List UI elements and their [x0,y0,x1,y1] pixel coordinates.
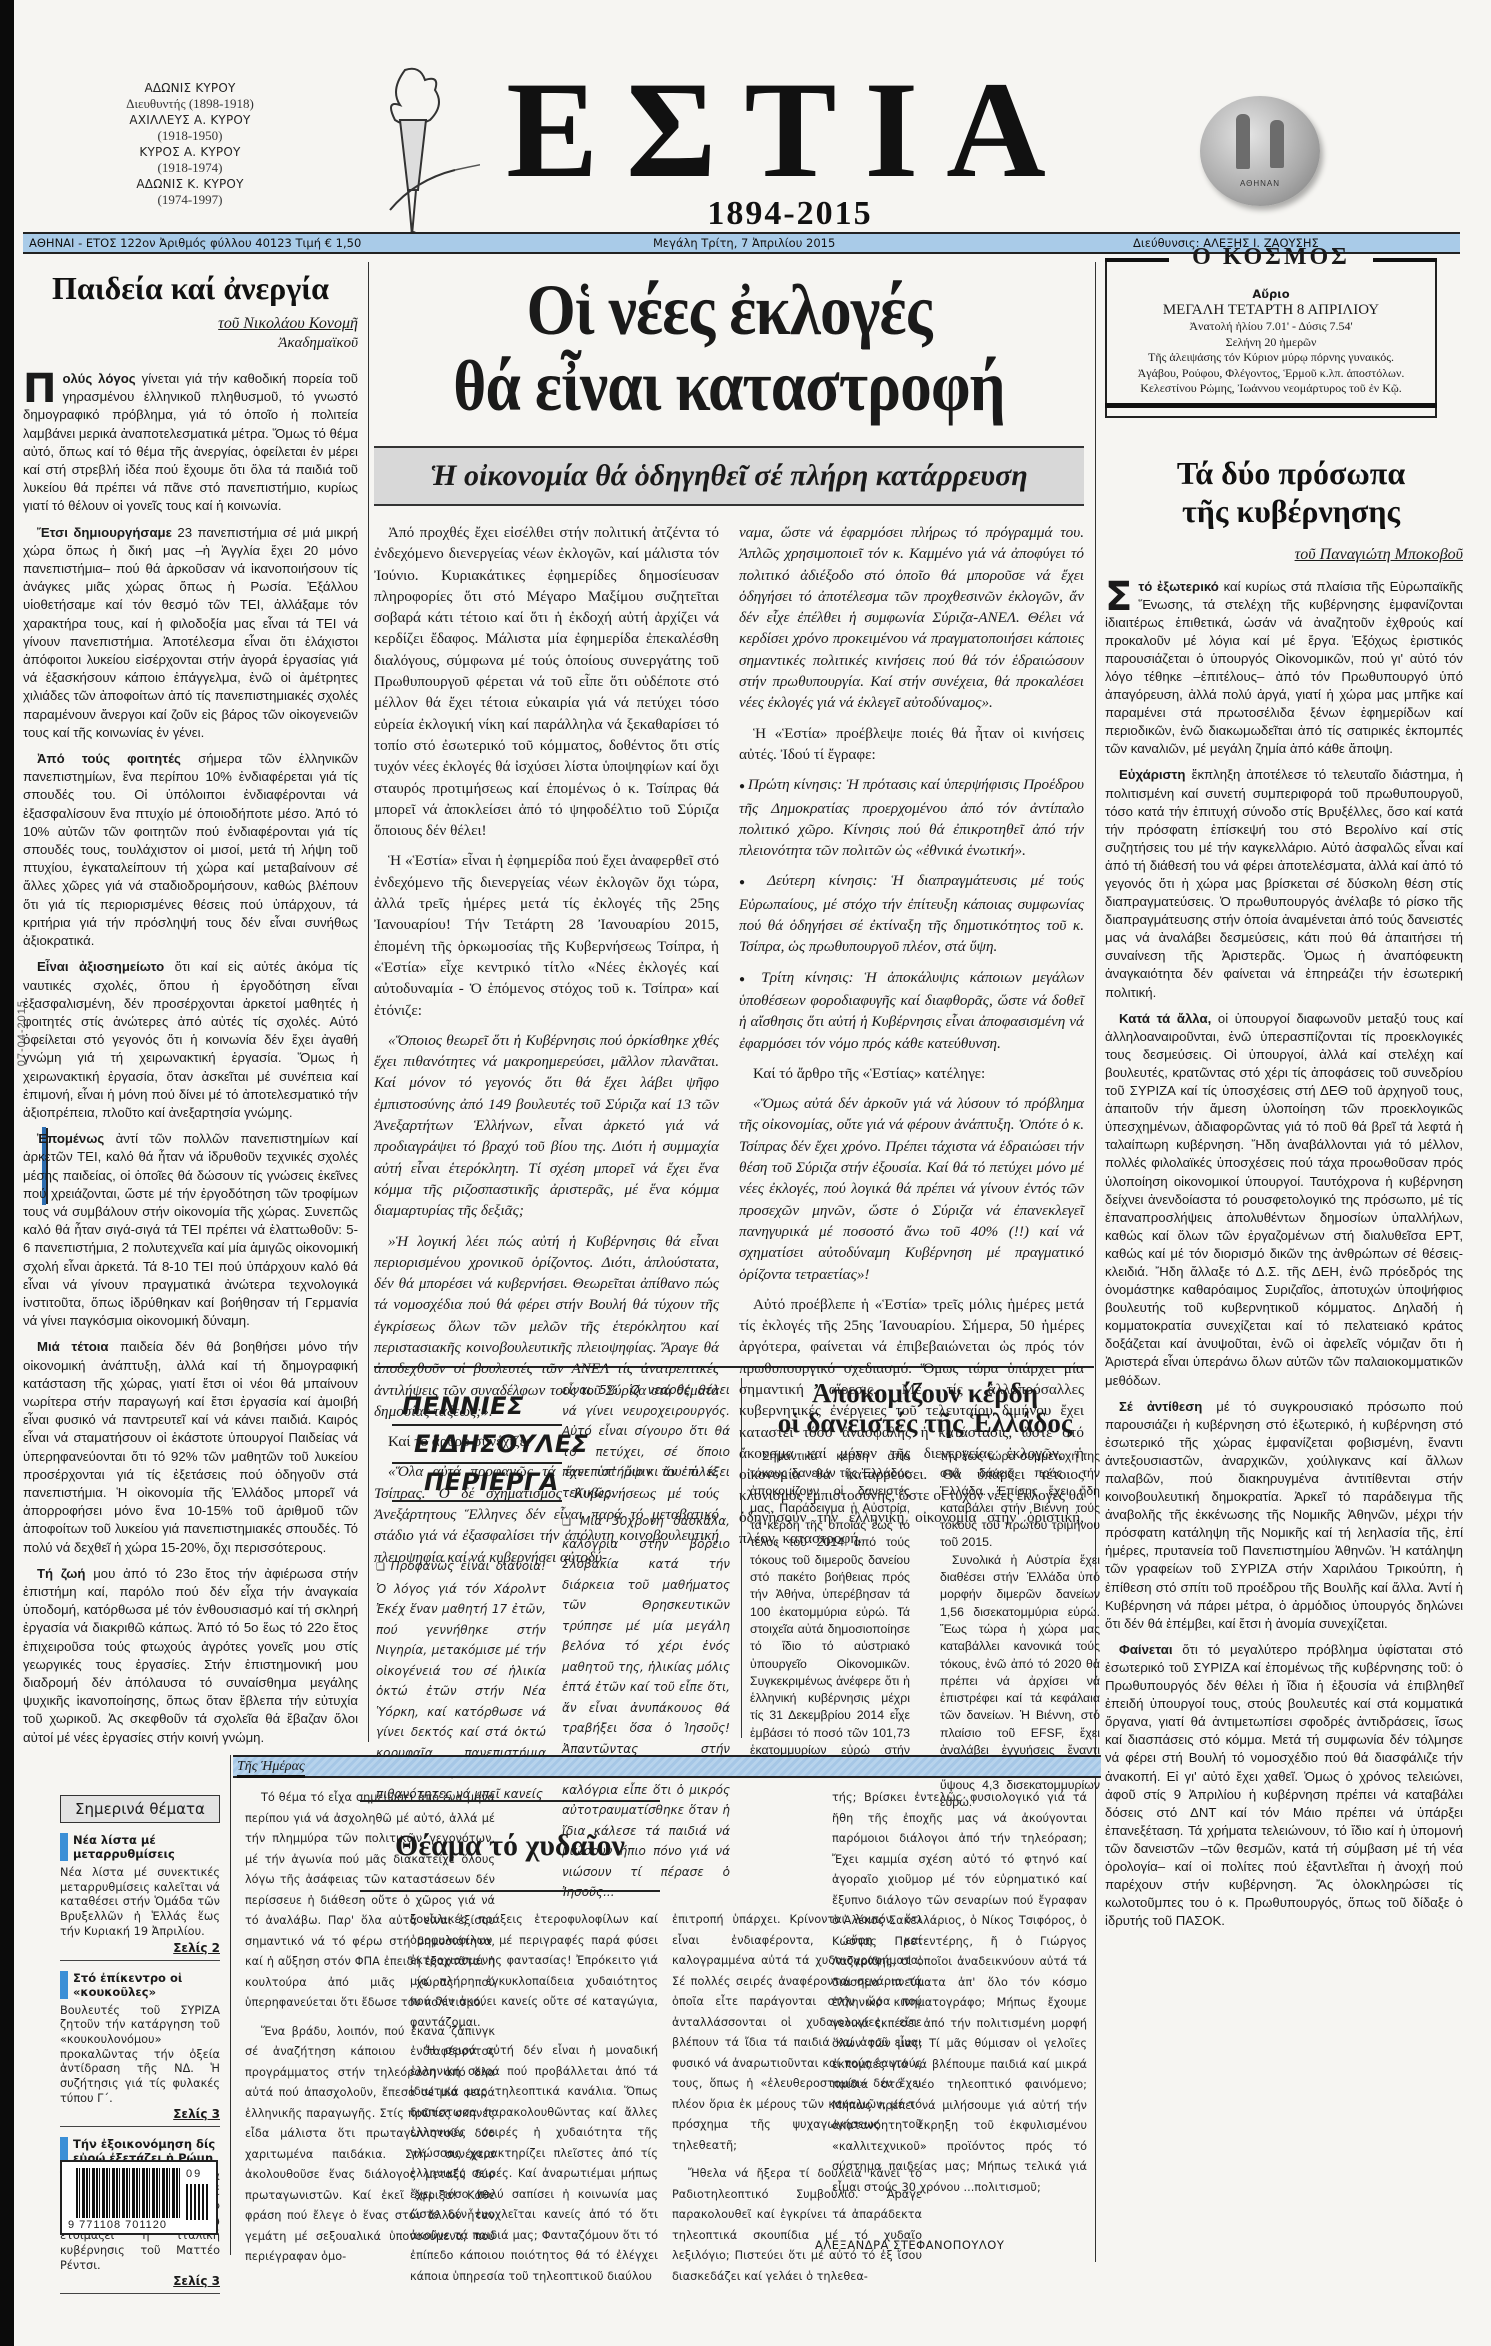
issue-date: Μεγάλη Τρίτη, 7 Ἀπριλίου 2015 [653,234,835,252]
paragraph: Πολύς λόγος γίνεται γιά τήν καθοδική πορ… [23,370,358,516]
bullet-item: Δεύτερη κίνησις: Ἡ διαπραγμάτευσις μέ το… [739,870,1084,957]
founder: ΑΔΩΝΙΣ ΚΥΡΟΥΔιευθυντής (1898-1918) [100,80,280,112]
text-column: ξουαλικές πράξεις ἑτεροφυλοφίλων καί ὁμο… [410,1910,658,2295]
paragraph: Ἀπό τούς φοιτητές σήμερα τῶν ἑλληνικῶν π… [23,750,358,950]
almanac-date: ΜΕΓΑΛΗ ΤΕΤΑΡΤΗ 8 ΑΠΡΙΛΙΟΥ [1115,302,1427,319]
section-header-bar: Τῆς Ἡμέρας [233,1755,1101,1778]
scan-edge [0,0,14,2346]
column-divider [741,1378,742,1738]
feast-day: Κελεστίνου Ρώμης, Ἰωάννου νεομάρτυρος το… [1115,381,1427,397]
page-reference[interactable]: Σελίς 2 [60,1940,220,1961]
barcode-number: 9 771108 701120 [68,2219,167,2231]
founders-list: ΑΔΩΝΙΣ ΚΥΡΟΥΔιευθυντής (1898-1918) ΑΧΙΛΛ… [100,80,280,208]
coin-emblem: ΑΘΗΝΑΝ [1200,96,1320,206]
founder: ΑΧΙΛΛΕΥΣ Α. ΚΥΡΟΥ(1918-1950) [100,112,280,144]
paragraph: Φαίνεται ὅτι τό μεγαλύτερο πρόβλημα ὑφίσ… [1105,1641,1463,1931]
left-article: Παιδεία καί ἀνεργία τοῦ Νικολάου Κονομῆ … [23,262,358,1747]
page-reference[interactable]: Σελίς 3 [60,2106,220,2127]
paragraph: Σέ ἀντίθεση μέ τό συγκρουσιακό πρόσωπο π… [1105,1398,1463,1633]
bullet-item: Τρίτη κίνησις: Ἡ ἀποκάλυψις κάποιων μεγά… [739,967,1084,1054]
section-label: Τῆς Ἡμέρας [237,1758,305,1778]
masthead-logo: ΕΣΤΙΑ 1894-2015 [360,60,1140,230]
founder: ΚΥΡΟΣ Α. ΚΥΡΟΥ(1918-1974) [100,144,280,176]
section-divider [374,1366,1094,1368]
figure-standing-icon [1236,114,1250,169]
sub-headline: Ἡ οἰκονομία θά ὁδηγηθεῖ σέ πλήρη κατάρρε… [374,446,1084,506]
author-affiliation: Ἀκαδημαϊκοῦ [23,334,358,352]
article-byline: τοῦ Νικολάου Κονομῆ [23,314,358,334]
feast-day: Τῆς ἀλειψάσης τόν Κύριον μύρῳ πόρνης γυν… [1115,350,1427,366]
moon-phase: Σελήνη 20 ἡμερῶν [1115,335,1427,351]
paragraph: Εἶναι ἀξιοσημείωτο ὅτι καί εἰς αὐτές ἀκό… [23,958,358,1122]
lenders-article: Ἀποκομίζουν κέρδη οἱ δανειστές τῆς Ἑλλάδ… [750,1378,1100,1811]
curious-news-box: ΠΕΝΝΙΕΣ ΕΙΔΗΣΟΥΛΕΣ ΠΕΡΙΕΡΓΑ Προφανῶς εἶν… [374,1378,729,1728]
paragraph: Ἔτσι δημιουργήσαμε 23 πανεπιστήμια σέ μι… [23,524,358,742]
column-divider [1095,262,1096,2262]
column-divider [230,1755,231,2255]
column-divider [368,262,369,1742]
kosmos-almanac-box: Ο ΚΟΣΜΟΣ Αὔριο ΜΕΓΑΛΗ ΤΕΤΑΡΤΗ 8 ΑΠΡΙΛΙΟΥ… [1105,262,1437,418]
sunrise-sunset: Ἀνατολή ἡλίου 7.01' - Δύσις 7.54' [1115,319,1427,335]
paragraph: Κατά τά ἄλλα, οἱ ὑπουργοί διαφωνοῦν μετα… [1105,1010,1463,1390]
paragraph: Εὐχάριστη ἔκπληξη ἀποτέλεσε τό τελευταῖο… [1105,766,1463,1001]
news-item: εἶναι 5%. Ὁ νεαρός θέλει νά γίνει νευροχ… [562,1380,730,1503]
main-headline: Οἱ νέες ἐκλογές θά εἶναι καταστροφή [417,272,1042,424]
paragraph: Μιά τέτοια παιδεία δέν θά βοηθήσει μόνο … [23,1338,358,1556]
column-title: Θέαμα τό χυδαῖον [360,1800,660,1892]
bullet-item: Πρώτη κίνησις: Ἡ πρότασις καί ὑπερψήφισι… [739,774,1084,861]
figure-seated-icon [1270,120,1284,168]
article-title: Ἀποκομίζουν κέρδη οἱ δανειστές τῆς Ἑλλάδ… [750,1378,1100,1438]
barcode-icon [76,2168,180,2218]
feast-day: Ἀγάβου, Ρούφου, Φλέγοντος, Ἑρμοῦ κ.λπ. ἀ… [1115,366,1427,382]
founder: ΑΔΩΝΙΣ Κ. ΚΥΡΟΥ(1974-1997) [100,176,280,208]
article-byline: τοῦ Παναγιώτη Μποκοβοῦ [1105,546,1477,564]
page-reference[interactable]: Σελίς 3 [60,2273,220,2294]
text-column: τής; Βρίσκει ἐντελῶς φυσιολογικό γιά τά … [832,1788,1087,2206]
topic-item[interactable]: Νέα λίστα μέ μεταρρυθμίσεις Νέα λίστα μέ… [60,1833,220,1961]
author-signature: ΑΛΕΞΑΝΔΡΑ ΣΤΕΦΑΝΟΠΟΥΛΟΥ [815,2238,1004,2252]
paragraph: Ἐπομένως ἀντί τῶν πολλῶν πανεπιστημίων κ… [23,1130,358,1330]
barcode: 09 9 771108 701120 [60,2160,218,2235]
article-title: Τά δύο πρόσωπα τῆς κυβέρνησης [1105,454,1477,530]
topic-item[interactable]: Στό ἐπίκεντρο οἱ «κουκοῦλες» Βουλευτές τ… [60,1971,220,2128]
kosmos-title: Ο ΚΟΣΜΟΣ [1105,244,1437,271]
paragraph: Στό ἐξωτερικό καί κυρίως στά πλαίσια τῆς… [1105,578,1463,759]
article-title: Παιδεία καί ἀνεργία [23,268,358,308]
article-body: Πολύς λόγος γίνεται γιά τήν καθοδική πορ… [23,370,358,1747]
topics-header: Σημερινά θέματα [60,1795,220,1823]
right-column: Ο ΚΟΣΜΟΣ Αὔριο ΜΕΓΑΛΗ ΤΕΤΑΡΤΗ 8 ΑΠΡΙΛΙΟΥ… [1105,262,1477,1930]
logo-title: ΕΣΤΙΑ [450,60,1130,200]
article-body: Στό ἐξωτερικό καί κυρίως στά πλαίσια τῆς… [1105,578,1477,1931]
logo-years: 1894-2015 [610,195,970,233]
edition-info: ΑΘΗΝΑΙ - ΕΤΟΣ 122ον Ἀριθμός φύλλου 40123… [29,234,361,252]
paragraph: Τή ζωή μου ἀπό τό 23ο ἔτος τήν ἀφιέρωσα … [23,1565,358,1747]
drop-cap: Σ [1105,580,1132,614]
drop-cap: Π [23,372,56,406]
curious-news-title: ΠΕΝΝΙΕΣ ΕΙΔΗΣΟΥΛΕΣ ΠΕΡΙΕΡΓΑ [392,1388,562,1502]
